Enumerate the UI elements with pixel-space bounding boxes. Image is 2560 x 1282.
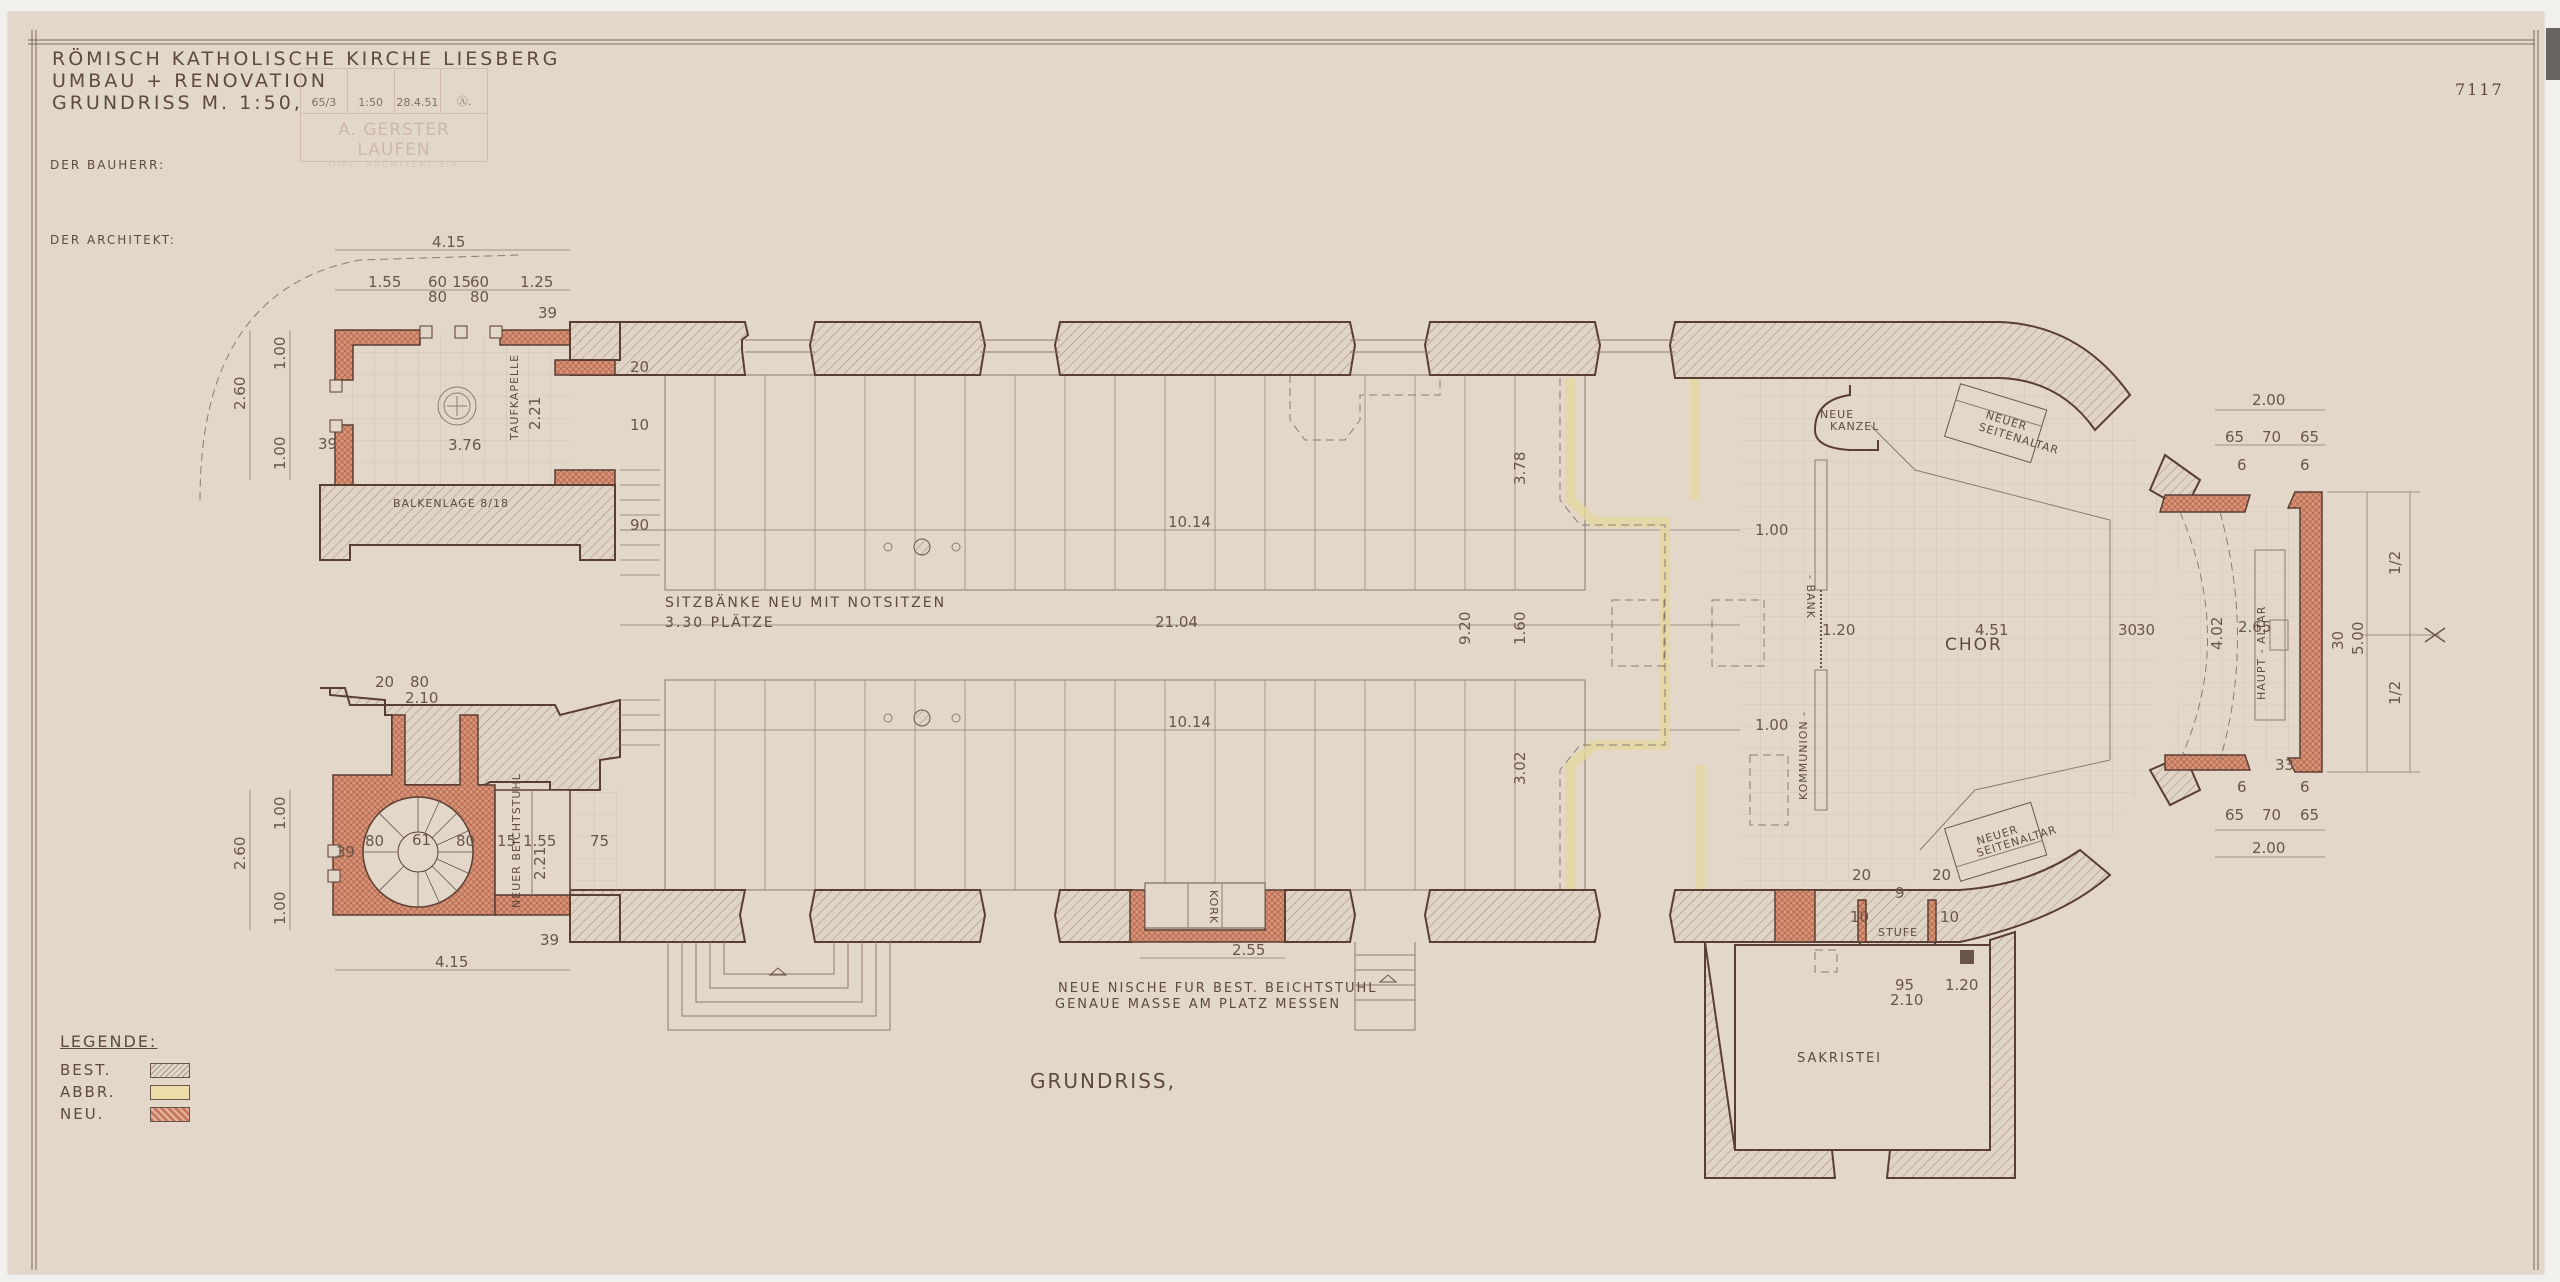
dim-stair-75: 75 [590, 832, 609, 850]
signature-bauherr: DER BAUHERR: [50, 158, 165, 172]
demolished-pillar-left [1612, 600, 1664, 666]
legend-item-existing: BEST. [60, 1059, 190, 1081]
dim-apse-6d: 6 [2300, 778, 2310, 796]
dim-niche-255: 2.55 [1232, 941, 1265, 959]
dim-apse-half-b: 1/2 [2386, 681, 2404, 705]
dim-chor-30b: 30 [2136, 621, 2155, 639]
stamp-date: 28.4.51 [395, 69, 442, 113]
dim-apse-200-top: 2.00 [2252, 391, 2285, 409]
dim-apse-70a: 70 [2262, 428, 2281, 446]
dim-apse-6a: 6 [2237, 456, 2247, 474]
dim-nave-920: 9.20 [1456, 612, 1474, 645]
drawing-caption: GRUNDRISS, [1030, 1069, 1176, 1093]
dim-sak-120: 1.20 [1945, 976, 1978, 994]
label-new-confessional: NEUER BEICHTSTUHL [510, 773, 523, 908]
dim-apse-402: 4.02 [2208, 617, 2226, 650]
label-pews-line1: SITZBÄNKE NEU MIT NOTSITZEN [665, 593, 946, 611]
label-chor: CHOR [1945, 635, 2003, 655]
dim-tower-80b: 80 [470, 288, 489, 306]
title-church: RÖMISCH KATHOLISCHE KIRCHE LIESBERG [52, 48, 560, 70]
legend-label-existing: BEST. [60, 1061, 150, 1079]
dim-komm-120: 1.20 [1822, 621, 1855, 639]
dim-tower-155: 1.55 [368, 273, 401, 291]
chancel-grid [1740, 378, 2160, 890]
label-niche-line2: GENAUE MASSE AM PLATZ MESSEN [1055, 997, 1341, 1012]
dim-tower-260: 2.60 [231, 377, 249, 410]
label-communion-rail-1: KOMMUNION - [1797, 711, 1810, 800]
dim-apse-65d: 65 [2300, 806, 2319, 824]
dim-tower-125: 1.25 [520, 273, 553, 291]
signature-architekt: DER ARCHITEKT: [50, 233, 176, 247]
baptistery [320, 322, 660, 575]
dim-tower-100a: 1.00 [271, 337, 289, 370]
sheet-border [28, 30, 2538, 1270]
dim-apse-65c: 65 [2225, 806, 2244, 824]
dim-apse-6b: 6 [2300, 456, 2310, 474]
dim-nave-302: 3.02 [1511, 752, 1529, 785]
apse [2160, 492, 2445, 772]
label-pews-line2: 3.30 PLÄTZE [665, 613, 775, 631]
legend-label-demolition: ABBR. [60, 1083, 150, 1101]
dim-apse-65b: 65 [2300, 428, 2319, 446]
dim-apse-70b: 70 [2262, 806, 2281, 824]
label-stufe: STUFE [1878, 926, 1918, 939]
dim-entry-20: 20 [630, 358, 649, 376]
legend-swatch-existing [150, 1063, 190, 1078]
stair-tower [320, 688, 660, 942]
legend-item-demolition: ABBR. [60, 1081, 190, 1103]
dim-nave-1014-top: 10.14 [1168, 513, 1211, 531]
dim-tower-80a: 80 [428, 288, 447, 306]
dim-entry-90: 90 [630, 516, 649, 534]
label-pulpit-2: KANZEL [1830, 420, 1879, 433]
stamp-scale: 1:50 [348, 69, 395, 113]
dim-nave-2104: 21.04 [1155, 613, 1198, 631]
dim-apse-half-a: 1/2 [2386, 551, 2404, 575]
dim-komm-100b: 1.00 [1755, 716, 1788, 734]
dim-nave-1014-bot: 10.14 [1168, 713, 1211, 731]
dim-stair-100b: 1.00 [271, 892, 289, 925]
stamp-firm-sub: DIPL. ARCHITEKT SIA [301, 160, 487, 170]
dim-sak-20b: 20 [1932, 866, 1951, 884]
dim-stair-61: 61 [412, 831, 431, 849]
dim-tower-39: 39 [538, 304, 557, 322]
dim-stair-221: 2.21 [531, 847, 549, 880]
legend-item-new: NEU. [60, 1103, 190, 1125]
demolition-outline-lower [1570, 680, 1665, 890]
label-kork: KORK [1207, 890, 1220, 924]
dim-sak-20a: 20 [1852, 866, 1871, 884]
dim-chor-30a: 30 [2118, 621, 2137, 639]
dim-nave-160: 1.60 [1511, 612, 1529, 645]
dim-tower-100b: 1.00 [271, 437, 289, 470]
stamp-plan-no: 65/3 [301, 69, 348, 113]
label-balkenlage: BALKENLAGE 8/18 [393, 497, 509, 510]
legend-swatch-new [150, 1107, 190, 1122]
dim-apse-6c: 6 [2237, 778, 2247, 796]
dim-entry-10: 10 [630, 416, 649, 434]
dim-apse-500: 5.00 [2349, 622, 2367, 655]
floor-plan-drawing: 4.15 1.55 60 80 15 60 80 1.25 39 3.76 2.… [0, 0, 2560, 1282]
label-sacristy: SAKRISTEI [1797, 1051, 1882, 1066]
dim-apse-65a: 65 [2225, 428, 2244, 446]
label-communion-rail-2: - BANK [1804, 575, 1817, 619]
dim-tower-15: 15 [452, 273, 471, 291]
dim-stair-39: 39 [336, 843, 355, 861]
dim-stair-39b: 39 [540, 931, 559, 949]
dim-stair-20: 20 [375, 673, 394, 691]
dim-stair-80a: 80 [365, 832, 384, 850]
dim-stair-260: 2.60 [231, 837, 249, 870]
dim-komm-100a: 1.00 [1755, 521, 1788, 539]
dim-stair-80b: 80 [456, 832, 475, 850]
architect-stamp: 65/3 1:50 28.4.51 Ⓐ. A. GERSTER LAUFEN D… [300, 68, 488, 162]
label-main-altar: HAUPT - ALTAR [2255, 606, 2268, 700]
dim-tauf-376: 3.76 [448, 436, 481, 454]
stamp-firm: A. GERSTER LAUFEN [301, 114, 487, 160]
label-taufkapelle: TAUFKAPELLE [508, 354, 521, 441]
label-niche-line1: NEUE NISCHE FUR BEST. BEICHTSTUHL [1058, 981, 1378, 996]
dim-sak-9: 9 [1895, 884, 1905, 902]
legend-title: LEGENDE: [60, 1032, 190, 1051]
legend-label-new: NEU. [60, 1105, 150, 1123]
dim-tauf-221: 2.21 [526, 397, 544, 430]
dim-apse-33: 33 [2275, 756, 2294, 774]
dim-apse-200-bot: 2.00 [2252, 839, 2285, 857]
dim-sak-10a: 10 [1850, 908, 1869, 926]
stamp-initial: Ⓐ. [441, 69, 487, 113]
legend: LEGENDE: BEST. ABBR. NEU. [60, 1032, 190, 1125]
dim-nave-378: 3.78 [1511, 452, 1529, 485]
dim-stair-210: 2.10 [405, 689, 438, 707]
demolition-outline-upper [1570, 378, 1665, 680]
dim-sak-210: 2.10 [1890, 991, 1923, 1009]
dim-tower-39b: 39 [318, 435, 337, 453]
dim-stair-100a: 1.00 [271, 797, 289, 830]
dim-tower-top-width: 4.15 [432, 233, 465, 251]
dim-stair-415: 4.15 [435, 953, 468, 971]
legend-swatch-demolition [150, 1085, 190, 1100]
dim-apse-30: 30 [2329, 631, 2347, 650]
dim-sak-10b: 10 [1940, 908, 1959, 926]
sheet-number: 7117 [2455, 80, 2504, 99]
